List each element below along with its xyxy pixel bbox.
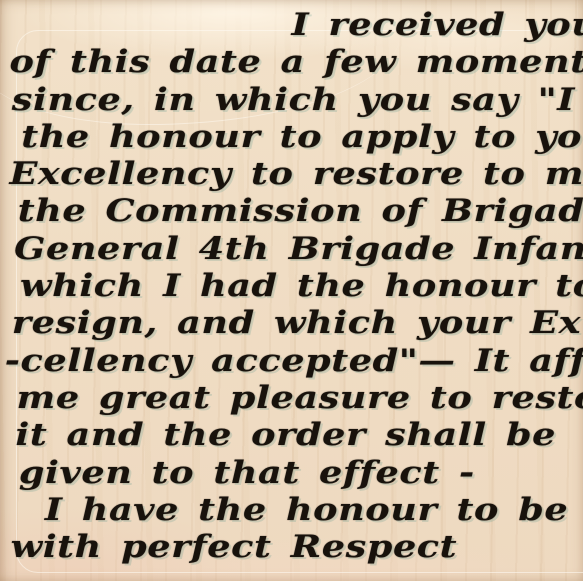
letter-line: given to that effect - <box>0 455 583 492</box>
letter-line: since, in which you say "I h <box>0 82 583 119</box>
letter-line: which I had the honour to <box>0 268 583 305</box>
letter-line: -cellency accepted"— It affo <box>0 343 583 380</box>
letter-line: General 4th Brigade Infantry <box>0 231 583 268</box>
letter-line: with perfect Respect <box>0 529 583 566</box>
letter-line: the Commission of Brigadie <box>0 193 583 230</box>
rubber-stamp-photo: I received yours of this date a few mome… <box>0 0 583 581</box>
letter-line: of this date a few moments <box>0 44 583 81</box>
letter-line: the honour to apply to your <box>0 119 583 156</box>
letter-line: it and the order shall be <box>0 417 583 454</box>
letter-line: me great pleasure to resto <box>0 380 583 417</box>
letter-line: resign, and which your Ex <box>0 305 583 342</box>
handwritten-letter: I received yours of this date a few mome… <box>0 0 583 581</box>
letter-line: I have the honour to be <box>0 492 583 529</box>
letter-line: Excellency to restore to me <box>0 156 583 193</box>
letter-line: I received yours <box>0 7 583 44</box>
